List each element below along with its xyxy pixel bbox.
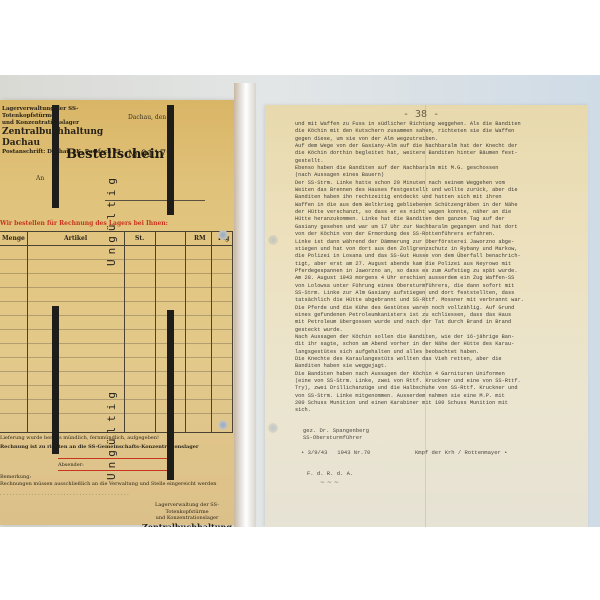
text-line: gegen diese, um sie von der Alm wegzutre…	[295, 136, 585, 143]
censor-bar	[167, 310, 174, 480]
column-header: Artikel	[64, 235, 87, 242]
to-label: An	[36, 175, 44, 182]
handwritten-signature: ~ ~ ~	[320, 479, 339, 486]
punch-hole	[268, 235, 278, 245]
text-line: Banditen haben ihn rechtzeitig entdeckt …	[295, 194, 585, 201]
text-line: langsgestütes sich aufgehalten und alles…	[295, 349, 585, 356]
text-line: Der SS-Strm. Linke hatte schon 20 Minute…	[295, 180, 585, 187]
text-line: dit ihr sagte, schon am Abend vorher in …	[295, 341, 585, 348]
text-line: die Polizei in Losana und das SS-Gut Hus…	[295, 253, 585, 260]
row-rule	[0, 273, 232, 274]
row-rule	[0, 301, 232, 302]
signature-line: Lagerverwaltung der SS-Totenkopfstürme	[142, 502, 232, 515]
signature-line: Zentralbuchhaltung Dachau	[142, 522, 232, 528]
punch-hole	[268, 423, 278, 433]
text-line: Waffen in die aus dem Weltkrieg gebliebe…	[295, 202, 585, 209]
text-line: von Lolowsa unter Führung eines Oberstur…	[295, 283, 585, 290]
text-line: (nach Aussagen eines Bauern)	[295, 172, 585, 179]
text-line: Banditen haben sie weggejagt.	[295, 363, 585, 370]
text-line: tatsächlich die Hütte abgebrannt und SS-…	[295, 297, 585, 304]
invalid-stamp: Ungültig	[105, 387, 118, 480]
typed-text-body: und mit Waffen zu Fuss in südlicher Rich…	[295, 121, 585, 415]
header-line: und Konzentrationslager	[2, 120, 122, 127]
text-line: Nach Aussagen der Köchin sollen die Band…	[295, 334, 585, 341]
column-rule	[27, 232, 28, 432]
text-line: von SS-Strm. Linke mitgenommen. Ausserde…	[295, 393, 585, 400]
censor-bar	[167, 105, 174, 215]
invalid-stamp: Ungültig	[105, 173, 118, 266]
row-rule	[0, 357, 232, 358]
column-rule	[155, 232, 156, 432]
punch-hole	[218, 420, 228, 430]
text-line: gestellt.	[295, 158, 585, 165]
place-date: Dachau, den	[128, 114, 166, 121]
page-number: - 38 -	[403, 109, 439, 120]
column-header: Menge	[2, 235, 25, 242]
order-form-document: Lagerverwaltung der SS-Totenkopfstürme u…	[0, 100, 238, 525]
photograph: Lagerverwaltung der SS-Totenkopfstürme u…	[0, 75, 600, 527]
text-line: Try), zwei Drillichanzüge und die Halbsc…	[295, 385, 585, 392]
text-line: eines gefundenen Petroleumkanisters ist …	[295, 312, 585, 319]
initials: F. d. R. d. A.	[307, 470, 353, 477]
fine-print: . . . . . . . . . . . . . . . . . . . . …	[0, 491, 232, 498]
text-line: Linke ist dann während der Dämmerung zur…	[295, 239, 585, 246]
footer-note: Bemerkung:	[0, 474, 31, 481]
text-line: Die Knechte des Karaulangestüts wollten …	[295, 356, 585, 363]
censor-bar	[52, 105, 59, 208]
text-line: Pferdegespannen in Jaworzno an, so dass …	[295, 268, 585, 275]
text-line: Ebenso haben die Banditen auf der Nachba…	[295, 165, 585, 172]
column-header: St.	[135, 235, 144, 242]
row-rule	[0, 371, 232, 372]
header-line: Lagerverwaltung der SS-Totenkopfstürme	[2, 106, 122, 120]
typed-report-page: - 38 - und mit Waffen zu Fuss in südlich…	[265, 105, 588, 527]
text-line: Die Banditen haben nach Aussagen der Köc…	[295, 371, 585, 378]
header-line: Zentralbuchhaltung Dachau	[2, 127, 122, 149]
row-rule	[0, 329, 232, 330]
text-line: SS-Strm. Linke zur Alm Gasiany aufstiege…	[295, 290, 585, 297]
text-line: die Köchin mit den Kutschern zusammen sa…	[295, 128, 585, 135]
address-line	[105, 200, 205, 201]
text-line: Die Pferde und die Kühe des Gestütes war…	[295, 305, 585, 312]
text-line: Am 28. August 1943 morgens 4 Uhr erschie…	[295, 275, 585, 282]
column-rule	[124, 232, 125, 432]
reference-right: Kmpf der Krh / Rottenmayer •	[415, 449, 507, 456]
text-line: die Köchin dorthin begleitet hat, weiter…	[295, 150, 585, 157]
text-line: Gasiany gesehen und war um 17 Uhr zur Na…	[295, 224, 585, 231]
plastic-sleeve-edge	[234, 83, 256, 527]
red-order-label: Wir bestellen für Rechnung des Lagers be…	[0, 220, 168, 227]
column-rule	[211, 232, 212, 432]
text-line: der Hütte verschanzt, so dass er es nich…	[295, 209, 585, 216]
text-line: von der Köchin von der Ermordung des SS-…	[295, 231, 585, 238]
footer-note: Rechnungen müssen ausschließlich an die …	[0, 481, 232, 488]
text-line: tigt, aber erst am 27. August abends kam…	[295, 261, 585, 268]
text-line: 200 Schuss Munition und einen Karabiner …	[295, 400, 585, 407]
text-line: Hütte heranzukommen. Linke hat die Bandi…	[295, 216, 585, 223]
text-line: gesteckt wurde.	[295, 327, 585, 334]
footer-note: Absender:	[58, 462, 84, 469]
reference-left: • 3/9/43 1943 Nr.70	[301, 449, 370, 456]
form-signature-block: Lagerverwaltung der SS-Totenkopfstürme u…	[142, 502, 232, 527]
punch-hole	[218, 230, 228, 240]
text-line: Auf dem Wege von der Gasiany-Alm auf die…	[295, 143, 585, 150]
text-line: (eine von SS-Strm. Linke, zwei von Rttf.…	[295, 378, 585, 385]
column-header: RM	[194, 235, 206, 242]
text-line: Weiten das Brennen des Hauses festgestel…	[295, 187, 585, 194]
text-line: mit Petroleum übergossen wurde und nach …	[295, 319, 585, 326]
text-line: und mit Waffen zu Fuss in südlicher Rich…	[295, 121, 585, 128]
row-rule	[0, 315, 232, 316]
row-rule	[0, 385, 232, 386]
form-number: № 01179	[128, 149, 172, 160]
row-rule	[0, 343, 232, 344]
text-line: sich.	[295, 407, 585, 414]
column-rule	[185, 232, 186, 432]
signature-block: gez. Dr. Spangenberg SS-Obersturmführer	[303, 427, 369, 441]
row-rule	[0, 287, 232, 288]
censor-bar	[52, 306, 59, 454]
